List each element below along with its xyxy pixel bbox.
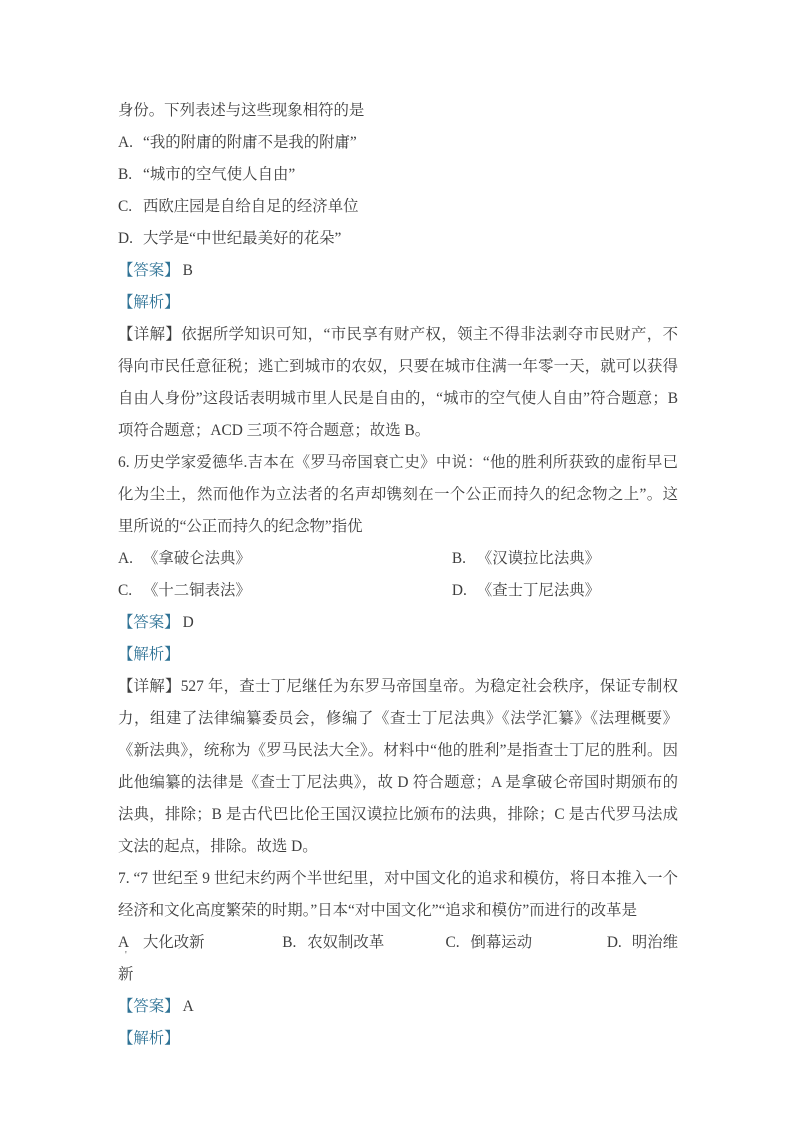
question-7-option-a: A大化改新 xyxy=(118,927,282,959)
question-7-stem: 7. “7 世纪至 9 世纪末约两个半世纪里，对中国文化的追求和模仿，将日本推入… xyxy=(118,863,678,927)
option-text: 《查士丁尼法典》 xyxy=(477,582,600,599)
option-label: B. xyxy=(282,927,307,959)
question-6-options-row-1: A.《拿破仑法典》 B.《汉谟拉比法典》 xyxy=(118,543,678,575)
option-text: 明治维 xyxy=(632,934,678,951)
answer-tag: 【答案】 xyxy=(118,262,180,279)
question-5-option-c: C.西欧庄园是自给自足的经济单位 xyxy=(118,191,678,223)
option-label: D. xyxy=(452,575,477,607)
option-text: 倒幕运动 xyxy=(471,934,533,951)
question-5-analysis-line: 【解析】 xyxy=(118,287,678,319)
option-label: D. xyxy=(607,927,632,959)
question-7-block: 7. “7 世纪至 9 世纪末约两个半世纪里，对中国文化的追求和模仿，将日本推入… xyxy=(118,863,678,1055)
option-text: 农奴制改革 xyxy=(307,934,384,951)
detail-text: 依据所学知识可知，“市民享有财产权，领主不得非法剥夺市民财产，不得向市民任意征税… xyxy=(118,326,678,439)
option-text: 大化改新 xyxy=(143,934,205,951)
option-label: C. xyxy=(118,575,143,607)
option-label: B. xyxy=(118,159,143,191)
option-text: “城市的空气使人自由” xyxy=(143,166,295,183)
question-5-stem: 身份。下列表述与这些现象相符的是 xyxy=(118,95,678,127)
question-6-option-d: D.《查士丁尼法典》 xyxy=(452,582,600,599)
answer-value: B xyxy=(183,262,193,279)
question-5-option-d: D.大学是“中世纪最美好的花朵” xyxy=(118,223,678,255)
analysis-tag: 【解析】 xyxy=(118,294,180,311)
exam-page: 身份。下列表述与这些现象相符的是 A.“我的附庸的附庸不是我的附庸” B.“城市… xyxy=(0,0,793,1122)
option-label: D. xyxy=(118,223,143,255)
question-5-block: 身份。下列表述与这些现象相符的是 A.“我的附庸的附庸不是我的附庸” B.“城市… xyxy=(118,95,678,447)
question-7-answer-line: 【答案】A xyxy=(118,991,678,1023)
question-6-analysis-line: 【解析】 xyxy=(118,639,678,671)
question-6-answer-line: 【答案】D xyxy=(118,607,678,639)
option-text: 西欧庄园是自给自足的经济单位 xyxy=(143,198,358,215)
question-7-analysis-line: 【解析】 xyxy=(118,1023,678,1055)
answer-tag: 【答案】 xyxy=(118,998,180,1015)
question-6-option-b: B.《汉谟拉比法典》 xyxy=(452,550,600,567)
analysis-tag: 【解析】 xyxy=(118,1030,180,1047)
option-text: “我的附庸的附庸不是我的附庸” xyxy=(143,134,357,151)
detail-text: 527 年，查士丁尼继任为东罗马帝国皇帝。为稳定社会秩序，保证专制权力，组建了法… xyxy=(118,678,678,855)
option-label: B. xyxy=(452,543,477,575)
page-content: 身份。下列表述与这些现象相符的是 A.“我的附庸的附庸不是我的附庸” B.“城市… xyxy=(118,95,678,1055)
option-text: 大学是“中世纪最美好的花朵” xyxy=(143,230,341,247)
option-text: 《十二铜表法》 xyxy=(143,582,251,599)
answer-value: D xyxy=(183,614,194,631)
question-5-detail: 【详解】依据所学知识可知，“市民享有财产权，领主不得非法剥夺市民财产，不得向市民… xyxy=(118,319,678,447)
detail-tag: 【详解】 xyxy=(118,326,181,343)
option-label: A xyxy=(118,927,143,959)
option-label: C. xyxy=(118,191,143,223)
question-6-block: 6. 历史学家爱德华.吉本在《罗马帝国衰亡史》中说：“他的胜利所获致的虚衔早已化… xyxy=(118,447,678,863)
question-6-option-c: C.《十二铜表法》 xyxy=(118,575,448,607)
question-6-options-row-2: C.《十二铜表法》 D.《查士丁尼法典》 xyxy=(118,575,678,607)
question-7-option-c: C.倒幕运动 xyxy=(446,927,607,959)
detail-tag: 【详解】 xyxy=(118,678,181,695)
analysis-tag: 【解析】 xyxy=(118,646,180,663)
option-text: 《汉谟拉比法典》 xyxy=(477,550,600,567)
question-7-option-b: B.农奴制改革 xyxy=(282,927,445,959)
stray-mark: ' xyxy=(125,951,127,961)
question-6-stem: 6. 历史学家爱德华.吉本在《罗马帝国衰亡史》中说：“他的胜利所获致的虚衔早已化… xyxy=(118,447,678,543)
question-7-option-d: D.明治维 xyxy=(607,927,678,959)
option-text: 《拿破仑法典》 xyxy=(143,550,251,567)
question-5-option-b: B.“城市的空气使人自由” xyxy=(118,159,678,191)
answer-value: A xyxy=(183,998,194,1015)
answer-tag: 【答案】 xyxy=(118,614,180,631)
option-label: A. xyxy=(118,543,143,575)
option-label: C. xyxy=(446,927,471,959)
question-7-option-d-wrap: 新 xyxy=(118,959,678,991)
question-5-option-a: A.“我的附庸的附庸不是我的附庸” xyxy=(118,127,678,159)
question-5-answer-line: 【答案】B xyxy=(118,255,678,287)
option-label: A. xyxy=(118,127,143,159)
question-7-options-row: A大化改新 B.农奴制改革 C.倒幕运动 D.明治维 ' xyxy=(118,927,678,959)
question-6-detail: 【详解】527 年，查士丁尼继任为东罗马帝国皇帝。为稳定社会秩序，保证专制权力，… xyxy=(118,671,678,863)
question-6-option-a: A.《拿破仑法典》 xyxy=(118,543,448,575)
